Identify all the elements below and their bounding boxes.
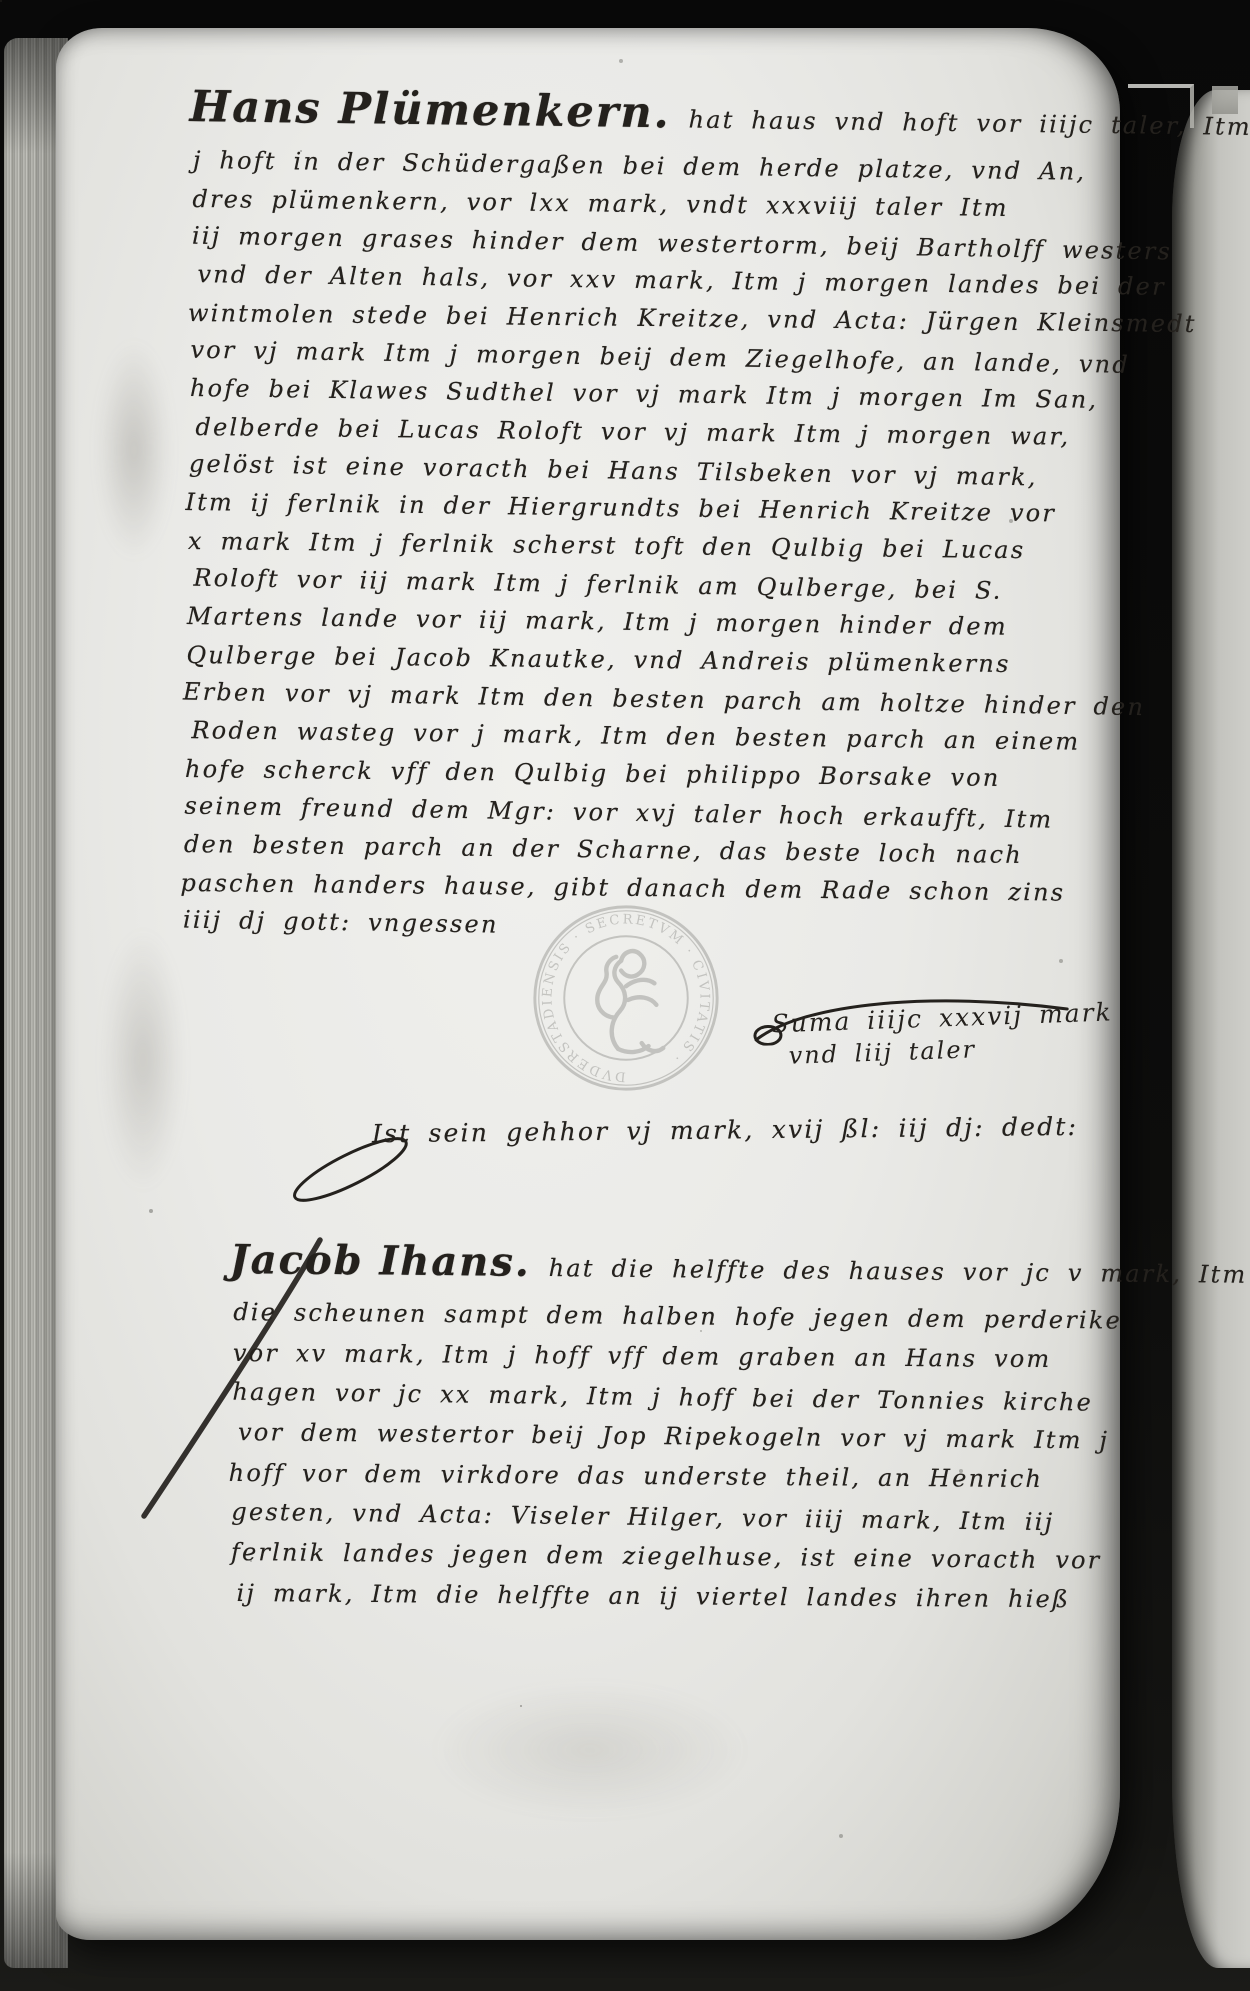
entry-heading: Jacob Ihans. <box>230 1236 531 1286</box>
register-entry-jacob-ihans: Jacob Ihans. hat die helffte des hauses … <box>226 1236 1120 1621</box>
facing-page-edge <box>1172 90 1250 1968</box>
manuscript-photo: { "document": { "kind": "handwritten reg… <box>0 0 1250 1991</box>
pen-flourish-loop <box>280 1135 431 1207</box>
entry-heading-continuation: hat haus vnd hoft vor iiijc taler, Itm <box>688 106 1250 141</box>
entry-body: die scheunen sampt dem halben hofe jegen… <box>226 1292 1119 1621</box>
register-entry-hans-pluemenkern: Hans Plümenkern. hat haus vnd hoft vor i… <box>179 82 1100 951</box>
entry-body: j hoft in der Schüdergaßen bei dem herde… <box>179 141 1099 951</box>
manuscript-line: ij mark, Itm die helffte an ij viertel l… <box>236 1573 1116 1620</box>
summa-note: Suma iiijc xxxvij mark vnd liij taler <box>737 997 1114 1071</box>
seal-lion-rampant-icon <box>597 951 663 1052</box>
paper-speckles <box>0 0 2 2</box>
entry-heading-continuation: hat die helffte des hauses vor jc v mark… <box>549 1254 1248 1289</box>
city-seal-stamp: DVDERSTADIENSIS · SECRETVM · CIVITATIS · <box>528 900 724 1096</box>
entry-heading: Hans Plümenkern. <box>189 82 671 138</box>
binding-clasp-tab <box>1212 86 1238 114</box>
